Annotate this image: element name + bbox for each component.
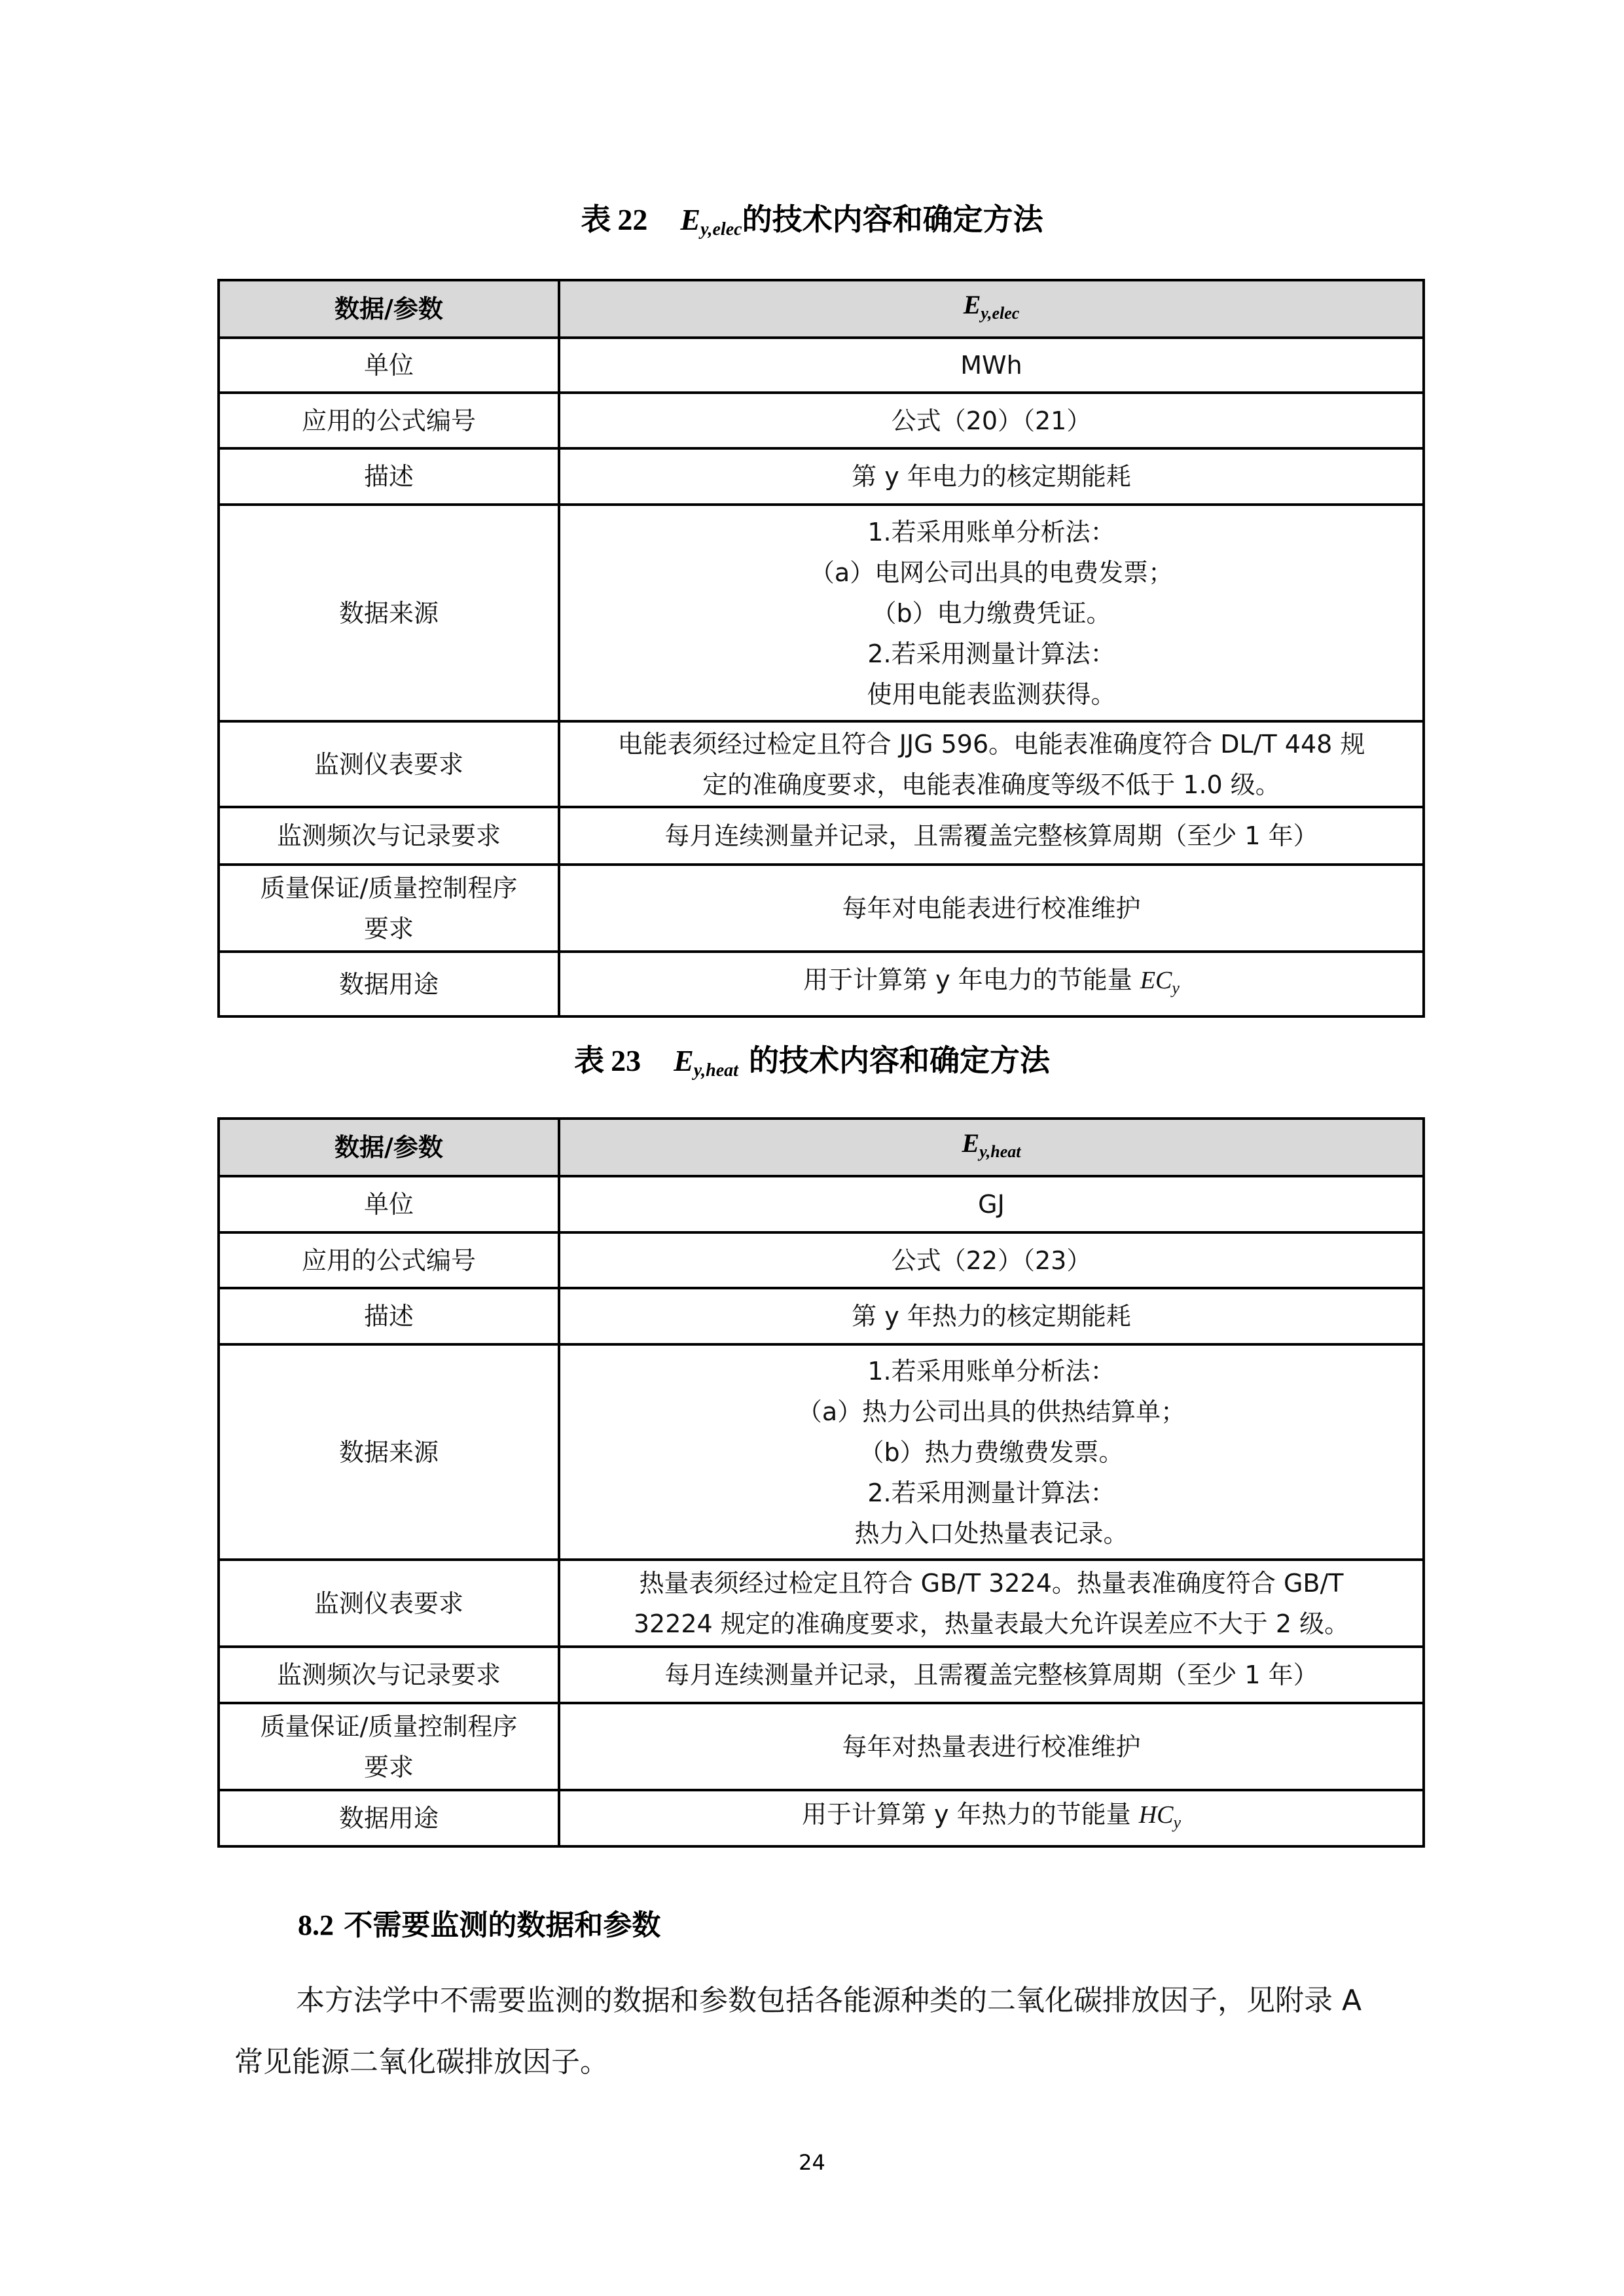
row-label: 质量保证/质量控制程序 要求 (219, 1703, 559, 1790)
row-value: 每年对热量表进行校准维护 (559, 1703, 1424, 1790)
symbol-sub: y,heat (694, 1060, 738, 1081)
row-value: 电能表须经过检定且符合 JJG 596。电能表准确度符合 DL/T 448 规 … (559, 721, 1424, 807)
source-line: （a）热力公司出具的供热结算单； (569, 1391, 1413, 1432)
table-23: 数据/参数 Ey,heat 单位 GJ 应用的公式编号 公式（22）（23） 描… (217, 1117, 1425, 1848)
table-row-qa: 质量保证/质量控制程序 要求 每年对热量表进行校准维护 (219, 1703, 1424, 1790)
row-label: 应用的公式编号 (219, 393, 559, 448)
source-line: 1.若采用账单分析法： (569, 512, 1413, 552)
label-line: 要求 (229, 908, 549, 949)
section-title: 不需要监测的数据和参数 (334, 1909, 660, 1942)
row-label: 单位 (219, 1176, 559, 1232)
row-label: 监测仪表要求 (219, 1560, 559, 1647)
row-label: 描述 (219, 448, 559, 505)
table-row-description: 描述 第 y 年电力的核定期能耗 (219, 448, 1424, 505)
row-label: 监测频次与记录要求 (219, 807, 559, 865)
caption-number: 23 (611, 1044, 641, 1077)
row-value: 热量表须经过检定且符合 GB/T 3224。热量表准确度符合 GB/T 3222… (559, 1560, 1424, 1647)
instrument-line: 电能表须经过检定且符合 JJG 596。电能表准确度符合 DL/T 448 规 (569, 724, 1413, 764)
usage-text: 用于计算第 y 年电力的节能量 (803, 965, 1140, 994)
symbol-main: HC (1139, 1801, 1174, 1829)
source-line: 2.若采用测量计算法： (569, 634, 1413, 674)
symbol-sub: y,elec (700, 219, 742, 240)
usage-symbol: ECy (1140, 967, 1180, 994)
row-label: 应用的公式编号 (219, 1232, 559, 1288)
row-label: 数据来源 (219, 505, 559, 721)
row-label: 数据用途 (219, 952, 559, 1016)
row-value: 1.若采用账单分析法： （a）电网公司出具的电费发票； （b）电力缴费凭证。 2… (559, 505, 1424, 721)
table-row-source: 数据来源 1.若采用账单分析法： （a）电网公司出具的电费发票； （b）电力缴费… (219, 505, 1424, 721)
symbol-main: E (962, 1128, 980, 1158)
caption-number: 22 (617, 203, 647, 236)
row-label: 数据来源 (219, 1344, 559, 1560)
label-line: 质量保证/质量控制程序 (229, 1706, 549, 1747)
table-row-usage: 数据用途 用于计算第 y 年热力的节能量 HCy (219, 1790, 1424, 1846)
row-label: 数据用途 (219, 1790, 559, 1846)
symbol-main: E (674, 1044, 694, 1077)
row-value: 用于计算第 y 年电力的节能量 ECy (559, 952, 1424, 1016)
table-row-usage: 数据用途 用于计算第 y 年电力的节能量 ECy (219, 952, 1424, 1016)
table-row-frequency: 监测频次与记录要求 每月连续测量并记录，且需覆盖完整核算周期（至少 1 年） (219, 1647, 1424, 1703)
row-label: 描述 (219, 1288, 559, 1344)
source-line: 2.若采用测量计算法： (569, 1473, 1413, 1513)
source-line: 1.若采用账单分析法： (569, 1351, 1413, 1391)
source-line: （b）热力费缴费发票。 (569, 1432, 1413, 1473)
label-line: 要求 (229, 1747, 549, 1787)
table-header-row: 数据/参数 Ey,heat (219, 1119, 1424, 1176)
symbol-sub: y,elec (981, 304, 1019, 323)
header-label: 数据/参数 (219, 280, 559, 338)
table-23-caption: 表23Ey,heat 的技术内容和确定方法 (0, 1041, 1624, 1090)
source-line: （a）电网公司出具的电费发票； (569, 552, 1413, 593)
table-row-description: 描述 第 y 年热力的核定期能耗 (219, 1288, 1424, 1344)
header-symbol: Ey,elec (559, 280, 1424, 338)
row-label: 监测仪表要求 (219, 721, 559, 807)
source-line: 使用电能表监测获得。 (569, 674, 1413, 715)
table-22-caption: 表22Ey,elec的技术内容和确定方法 (0, 200, 1624, 249)
row-value: 第 y 年热力的核定期能耗 (559, 1288, 1424, 1344)
usage-symbol: HCy (1139, 1801, 1181, 1829)
header-symbol: Ey,heat (559, 1119, 1424, 1176)
row-value: 用于计算第 y 年热力的节能量 HCy (559, 1790, 1424, 1846)
source-line: （b）电力缴费凭证。 (569, 593, 1413, 634)
instrument-line: 热量表须经过检定且符合 GB/T 3224。热量表准确度符合 GB/T (569, 1563, 1413, 1604)
label-line: 质量保证/质量控制程序 (229, 868, 549, 908)
symbol-sub: y (1173, 1813, 1181, 1832)
table-row-frequency: 监测频次与记录要求 每月连续测量并记录，且需覆盖完整核算周期（至少 1 年） (219, 807, 1424, 865)
table-row-instrument: 监测仪表要求 电能表须经过检定且符合 JJG 596。电能表准确度符合 DL/T… (219, 721, 1424, 807)
row-value: 每月连续测量并记录，且需覆盖完整核算周期（至少 1 年） (559, 1647, 1424, 1703)
section-number: 8.2 (298, 1909, 334, 1941)
row-label: 质量保证/质量控制程序 要求 (219, 865, 559, 952)
table-row-source: 数据来源 1.若采用账单分析法： （a）热力公司出具的供热结算单； （b）热力费… (219, 1344, 1424, 1560)
usage-text: 用于计算第 y 年热力的节能量 (802, 1800, 1139, 1829)
header-label: 数据/参数 (219, 1119, 559, 1176)
table-row-unit: 单位 GJ (219, 1176, 1424, 1232)
symbol-sub: y,heat (979, 1142, 1020, 1161)
caption-symbol: Ey,elec (680, 203, 742, 236)
instrument-line: 定的准确度要求，电能表准确度等级不低于 1.0 级。 (569, 764, 1413, 805)
caption-symbol: Ey,heat (674, 1044, 738, 1077)
row-value: 第 y 年电力的核定期能耗 (559, 448, 1424, 505)
symbol-main: E (680, 203, 700, 236)
row-value: 公式（20）（21） (559, 393, 1424, 448)
table-row-formula: 应用的公式编号 公式（22）（23） (219, 1232, 1424, 1288)
symbol-main: E (964, 290, 981, 319)
section-paragraph: 本方法学中不需要监测的数据和参数包括各能源种类的二氧化碳排放因子，见附录 A 常… (234, 1970, 1393, 2093)
row-value: MWh (559, 338, 1424, 393)
table-row-unit: 单位 MWh (219, 338, 1424, 393)
table-22: 数据/参数 Ey,elec 单位 MWh 应用的公式编号 公式（20）（21） … (217, 279, 1425, 1018)
table-row-qa: 质量保证/质量控制程序 要求 每年对电能表进行校准维护 (219, 865, 1424, 952)
row-value: 每月连续测量并记录，且需覆盖完整核算周期（至少 1 年） (559, 807, 1424, 865)
symbol-sub: y (1172, 978, 1180, 997)
row-value: 每年对电能表进行校准维护 (559, 865, 1424, 952)
table-header-row: 数据/参数 Ey,elec (219, 280, 1424, 338)
section-heading: 8.2 不需要监测的数据和参数 (298, 1905, 660, 1946)
caption-suffix: 的技术内容和确定方法 (742, 202, 1043, 237)
caption-prefix: 表 (581, 202, 611, 237)
instrument-line: 32224 规定的准确度要求，热量表最大允许误差应不大于 2 级。 (569, 1604, 1413, 1644)
row-label: 单位 (219, 338, 559, 393)
source-line: 热力入口处热量表记录。 (569, 1513, 1413, 1554)
row-value: 公式（22）（23） (559, 1232, 1424, 1288)
page-number: 24 (0, 2150, 1624, 2175)
symbol-main: EC (1140, 967, 1172, 994)
table-row-instrument: 监测仪表要求 热量表须经过检定且符合 GB/T 3224。热量表准确度符合 GB… (219, 1560, 1424, 1647)
row-value: GJ (559, 1176, 1424, 1232)
caption-prefix: 表 (574, 1043, 604, 1078)
row-label: 监测频次与记录要求 (219, 1647, 559, 1703)
row-value: 1.若采用账单分析法： （a）热力公司出具的供热结算单； （b）热力费缴费发票。… (559, 1344, 1424, 1560)
caption-suffix: 的技术内容和确定方法 (749, 1043, 1050, 1078)
table-row-formula: 应用的公式编号 公式（20）（21） (219, 393, 1424, 448)
